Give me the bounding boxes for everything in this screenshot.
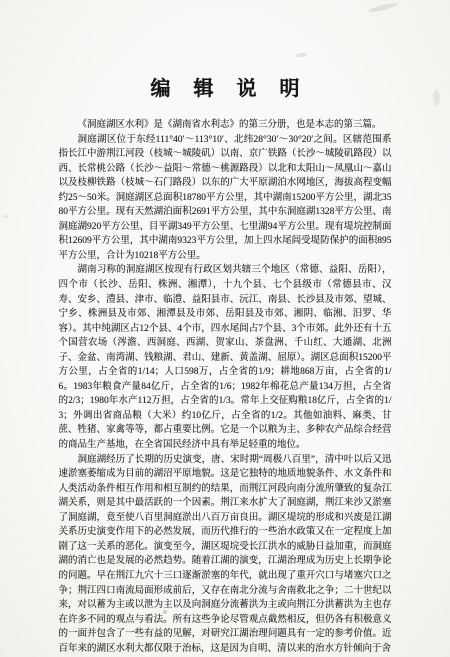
scanned-page: 编 辑 说 明 《洞庭湖区水利》是《湖南省水利志》的第三分册，也是本志的第三篇。… [0,0,450,657]
paragraph-geography: 洞庭湖区位于东经111°40′～113°10′、北纬28°30′～30°20′之… [59,133,392,264]
document-body: 《洞庭湖区水利》是《湖南省水利志》的第三分册，也是本志的第三篇。 洞庭湖区位于东… [59,118,392,656]
paragraph-intro: 《洞庭湖区水利》是《湖南省水利志》的第三分册，也是本志的第三篇。 [59,118,392,133]
page-title: 编 辑 说 明 [0,0,450,101]
scan-artifact [3,215,8,218]
paragraph-history: 洞庭湖经历了长期的历史演变，唐、宋时期“周极八百里”，清中叶以后又迅速淤塞萎缩成… [59,453,392,657]
paragraph-administration: 湖南习称的洞庭湖区按现有行政区划共辖三个地区（常德、益阳、岳阳），四个市（长沙、… [59,263,392,452]
